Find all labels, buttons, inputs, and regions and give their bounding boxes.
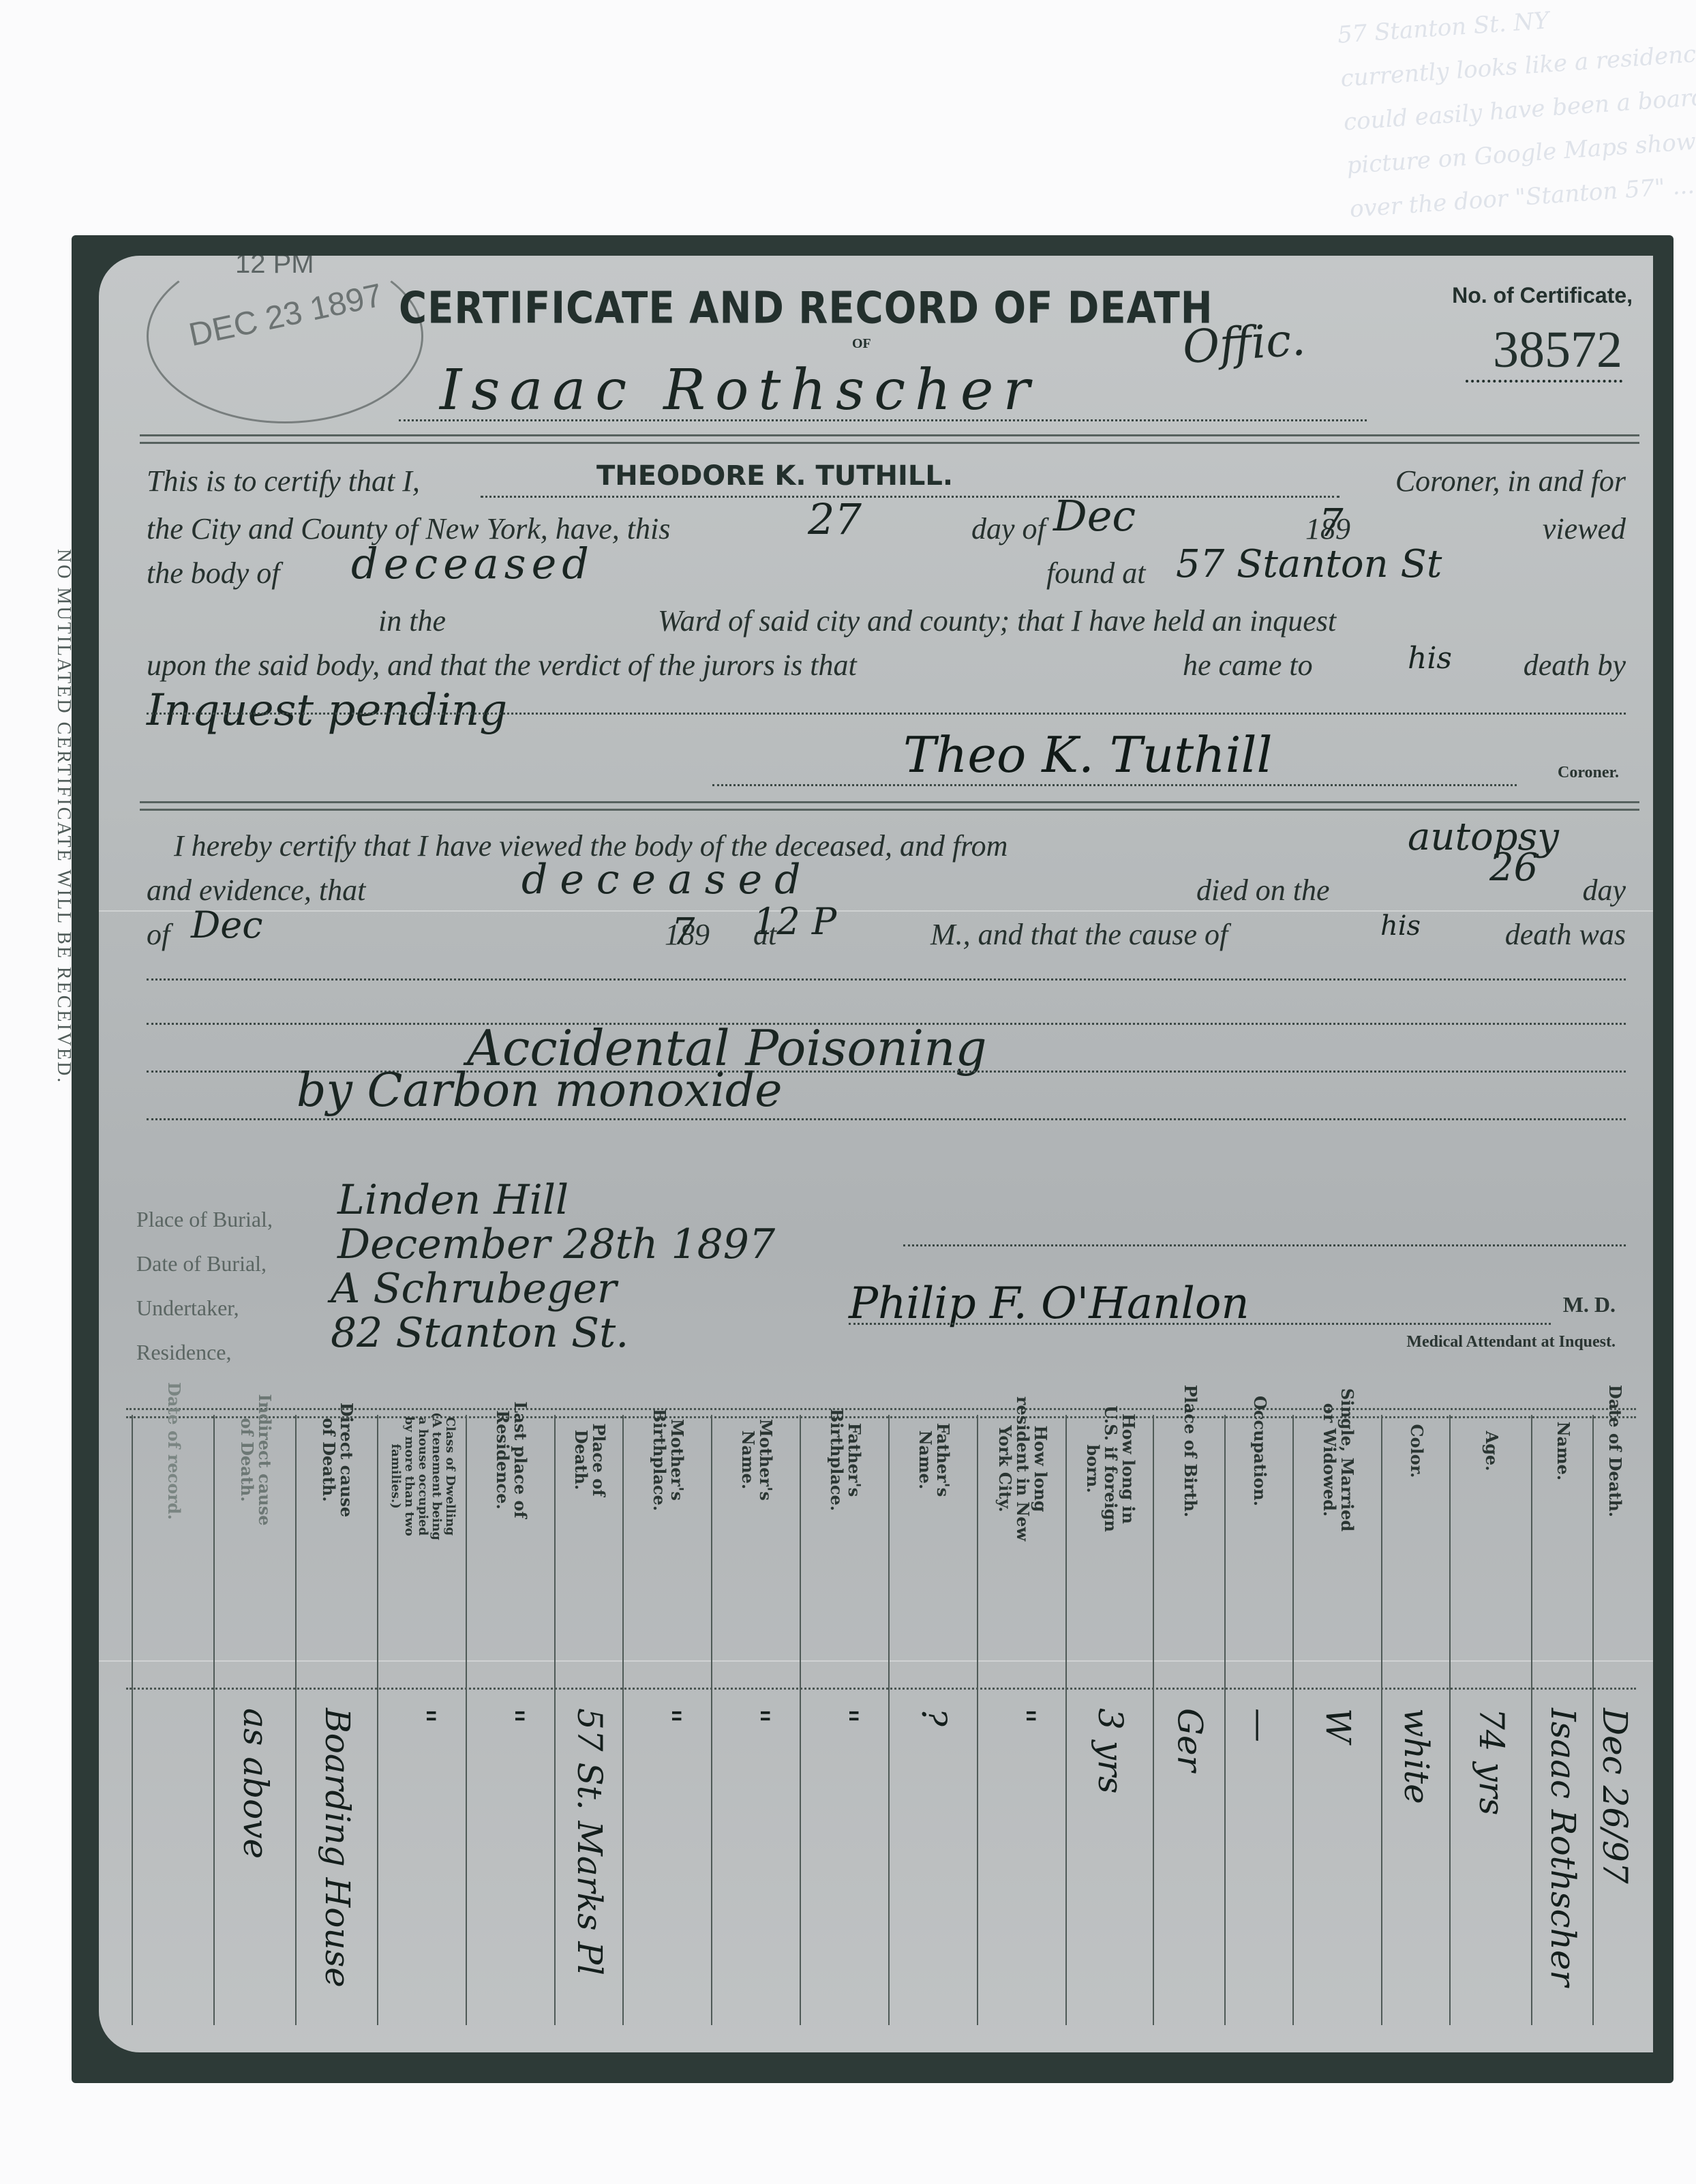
cell-fathers-birthplace: "	[826, 1708, 865, 1724]
medical-attendant-label: Medical Attendant at Inquest.	[1406, 1333, 1616, 1351]
col-direct-cause: Direct cause of Death. Boarding House	[295, 1415, 378, 2025]
his-value: his	[1408, 641, 1452, 676]
officer-note: Offic.	[1181, 313, 1307, 374]
coroner-label: Coroner.	[1558, 764, 1619, 782]
place-of-burial-value: Linden Hill	[337, 1176, 569, 1224]
page-title: CERTIFICATE AND RECORD OF DEATH	[399, 283, 1213, 334]
cell-direct-cause: Boarding House	[318, 1708, 357, 1988]
col-years-in-us: How long in U.S. if foreign born. 3 yrs	[1065, 1415, 1154, 2025]
undertaker-value: A Schrubeger	[331, 1265, 617, 1313]
found-at-value: 57 Stanton St	[1176, 542, 1442, 586]
col-date-of-record: Date of record.	[132, 1415, 215, 2025]
margin-notes: 57 Stanton St. NY currently looks like a…	[1336, 0, 1696, 231]
his-value-2: his	[1380, 910, 1421, 942]
column-header: Name.	[1554, 1422, 1572, 1481]
cell-date-of-death: Dec 26/97	[1595, 1708, 1635, 1884]
static-text: M., and that the cause of	[930, 917, 1228, 952]
deceased-value: deceased	[521, 856, 813, 903]
verdict-value: Inquest pending	[147, 685, 507, 736]
col-fathers-name: Father's Name. ?	[888, 1415, 978, 2025]
date-of-burial-label: Date of Burial,	[136, 1251, 267, 1276]
inquest-year-digit: 7	[1319, 501, 1344, 545]
fill-rule	[147, 978, 1626, 981]
cell-marital-status: W	[1318, 1708, 1358, 1743]
column-header: Age.	[1483, 1431, 1500, 1471]
column-header: Single, Married or Widowed.	[1320, 1388, 1356, 1531]
static-text: found at	[1046, 556, 1145, 590]
cell-years-in-nyc: "	[1003, 1708, 1042, 1724]
static-text: upon the said body, and that the verdict…	[147, 648, 857, 682]
col-place-of-death: Place of Death. 57 St. Marks Pl	[554, 1415, 624, 2025]
cell-name: Isaac Rothscher	[1543, 1708, 1583, 1986]
column-header: Mother's Name.	[739, 1419, 774, 1501]
column-header: Indirect cause of Death.	[238, 1394, 273, 1526]
residence-label: Residence,	[136, 1340, 232, 1365]
column-header: How long resident in New York City.	[996, 1396, 1049, 1541]
certificate-sheet: 12 PM DEC 23 1897 CERTIFICATE AND RECORD…	[99, 256, 1653, 2052]
place-of-burial-label: Place of Burial,	[136, 1207, 273, 1232]
medical-attendant-signature: Philip F. O'Hanlon	[849, 1278, 1250, 1329]
static-text: the body of	[147, 556, 280, 590]
certificate-number-label: No. of Certificate,	[1452, 283, 1633, 308]
static-text: viewed	[1543, 511, 1626, 546]
static-text: day of	[971, 511, 1046, 546]
col-mothers-name: Mother's Name. "	[711, 1415, 801, 2025]
cell-place-of-birth: Ger	[1170, 1708, 1210, 1771]
fill-rule	[147, 1118, 1626, 1120]
static-text: he came to	[1183, 648, 1313, 683]
coroner-name: THEODORE K. TUTHILL.	[596, 460, 953, 492]
section-divider	[140, 434, 1639, 444]
certificate-number: 38572	[1466, 320, 1622, 383]
col-marital-status: Single, Married or Widowed. W	[1292, 1415, 1382, 2025]
static-text: of	[147, 918, 170, 951]
cell-years-in-us: 3 yrs	[1091, 1708, 1130, 1794]
cell-fathers-name: ?	[914, 1708, 954, 1726]
col-place-of-birth: Place of Birth. Ger	[1153, 1415, 1226, 2025]
column-header: Date of record.	[165, 1382, 183, 1520]
column-header: Class of Dwelling (A tenement being a ho…	[389, 1412, 457, 1540]
col-last-residence: Last place of Residence. "	[466, 1415, 556, 2025]
col-years-in-nyc: How long resident in New York City. "	[977, 1415, 1067, 2025]
cell-mothers-birthplace: "	[648, 1708, 688, 1724]
column-header: Date of Death.	[1606, 1385, 1624, 1517]
cell-occupation: —	[1240, 1708, 1279, 1742]
section-divider	[140, 801, 1639, 811]
col-date-of-death: Date of Death. Dec 26/97	[1592, 1415, 1636, 2025]
static-text: death was	[1505, 917, 1626, 952]
col-indirect-cause: Indirect cause of Death. as above	[213, 1415, 297, 2025]
static-text: in the	[378, 603, 446, 638]
side-edge-text: NO MUTILATED CERTIFICATE WILL BE RECEIVE…	[52, 549, 70, 1844]
column-header: Last place of Residence.	[494, 1401, 529, 1518]
cell-age: 74 yrs	[1472, 1708, 1511, 1815]
signature-rule	[849, 1323, 1551, 1325]
name-rule	[399, 419, 1367, 421]
static-text: died on the	[1196, 873, 1330, 908]
col-color: Color. white	[1381, 1415, 1451, 2025]
column-header: Father's Name.	[916, 1423, 952, 1497]
medical-line-2: and evidence, that died on the day	[147, 873, 1626, 908]
cell-class-of-dwelling: "	[403, 1708, 442, 1724]
column-header: Father's Birthplace.	[828, 1409, 863, 1511]
date-of-burial-value: December 28th 1897	[337, 1221, 775, 1268]
column-header: Place of Death.	[572, 1423, 607, 1496]
stamp-time: 12 PM	[235, 256, 314, 280]
edge-warning: NO MUTILATED CERTIFICATE WILL BE RECEIVE…	[52, 549, 74, 1084]
died-month: Dec	[191, 903, 263, 946]
postmark-stamp	[147, 256, 423, 423]
cell-color: white	[1397, 1708, 1436, 1804]
died-year-digit: 7	[671, 910, 695, 953]
col-name: Name. Isaac Rothscher	[1531, 1415, 1594, 2025]
static-text: death by	[1524, 648, 1626, 683]
cell-mothers-name: "	[737, 1708, 776, 1724]
inquest-month: Dec	[1053, 491, 1136, 541]
column-header: Place of Birth.	[1181, 1385, 1199, 1518]
deceased-name: Isaac Rothscher	[440, 358, 1040, 423]
col-occupation: Occupation. —	[1224, 1415, 1294, 2025]
static-text: Ward of said city and county; that I hav…	[658, 603, 1336, 638]
body-of-value: deceased	[351, 539, 594, 588]
static-text: and evidence, that	[147, 873, 365, 907]
md-suffix: M. D.	[1563, 1292, 1616, 1317]
column-header: Mother's Birthplace.	[650, 1409, 686, 1511]
cell-indirect-cause: as above	[236, 1708, 275, 1859]
inquest-day: 27	[808, 494, 862, 544]
col-mothers-birthplace: Mother's Birthplace. "	[622, 1415, 712, 2025]
coroner-line-5: upon the said body, and that the verdict…	[147, 648, 1626, 683]
static-text: This is to certify that I,	[147, 464, 420, 498]
died-time: 12 P	[753, 900, 836, 943]
col-fathers-birthplace: Father's Birthplace. "	[800, 1415, 890, 2025]
coroner-signature: Theo K. Tuthill	[903, 726, 1273, 783]
column-header: Direct cause of Death.	[320, 1403, 355, 1517]
undertaker-label: Undertaker,	[136, 1296, 239, 1321]
col-class-of-dwelling: Class of Dwelling (A tenement being a ho…	[377, 1415, 467, 2025]
died-day: 26	[1489, 846, 1538, 890]
static-text: day	[1582, 873, 1626, 908]
static-text: Coroner, in and for	[1395, 464, 1626, 498]
certificate-frame: 12 PM DEC 23 1897 CERTIFICATE AND RECORD…	[72, 235, 1674, 2083]
column-header: Color.	[1408, 1424, 1425, 1478]
cause-line-2: by Carbon monoxide	[297, 1064, 783, 1118]
fill-rule	[481, 496, 1339, 498]
title-of: OF	[852, 336, 871, 352]
col-age: Age. 74 yrs	[1449, 1415, 1532, 2025]
cell-place-of-death: 57 St. Marks Pl	[570, 1708, 609, 1975]
medical-line-1: I hereby certify that I have viewed the …	[147, 828, 1626, 863]
column-header: Occupation.	[1251, 1396, 1269, 1506]
residence-value: 82 Stanton St.	[331, 1309, 629, 1357]
record-table: Date of Death. Dec 26/97 Name. Isaac Rot…	[126, 1401, 1636, 2052]
fill-rule	[903, 1244, 1626, 1246]
cell-last-residence: "	[491, 1708, 531, 1724]
fill-rule	[147, 713, 1626, 715]
signature-rule	[712, 784, 1517, 786]
column-header: How long in U.S. if foreign born.	[1084, 1405, 1137, 1532]
